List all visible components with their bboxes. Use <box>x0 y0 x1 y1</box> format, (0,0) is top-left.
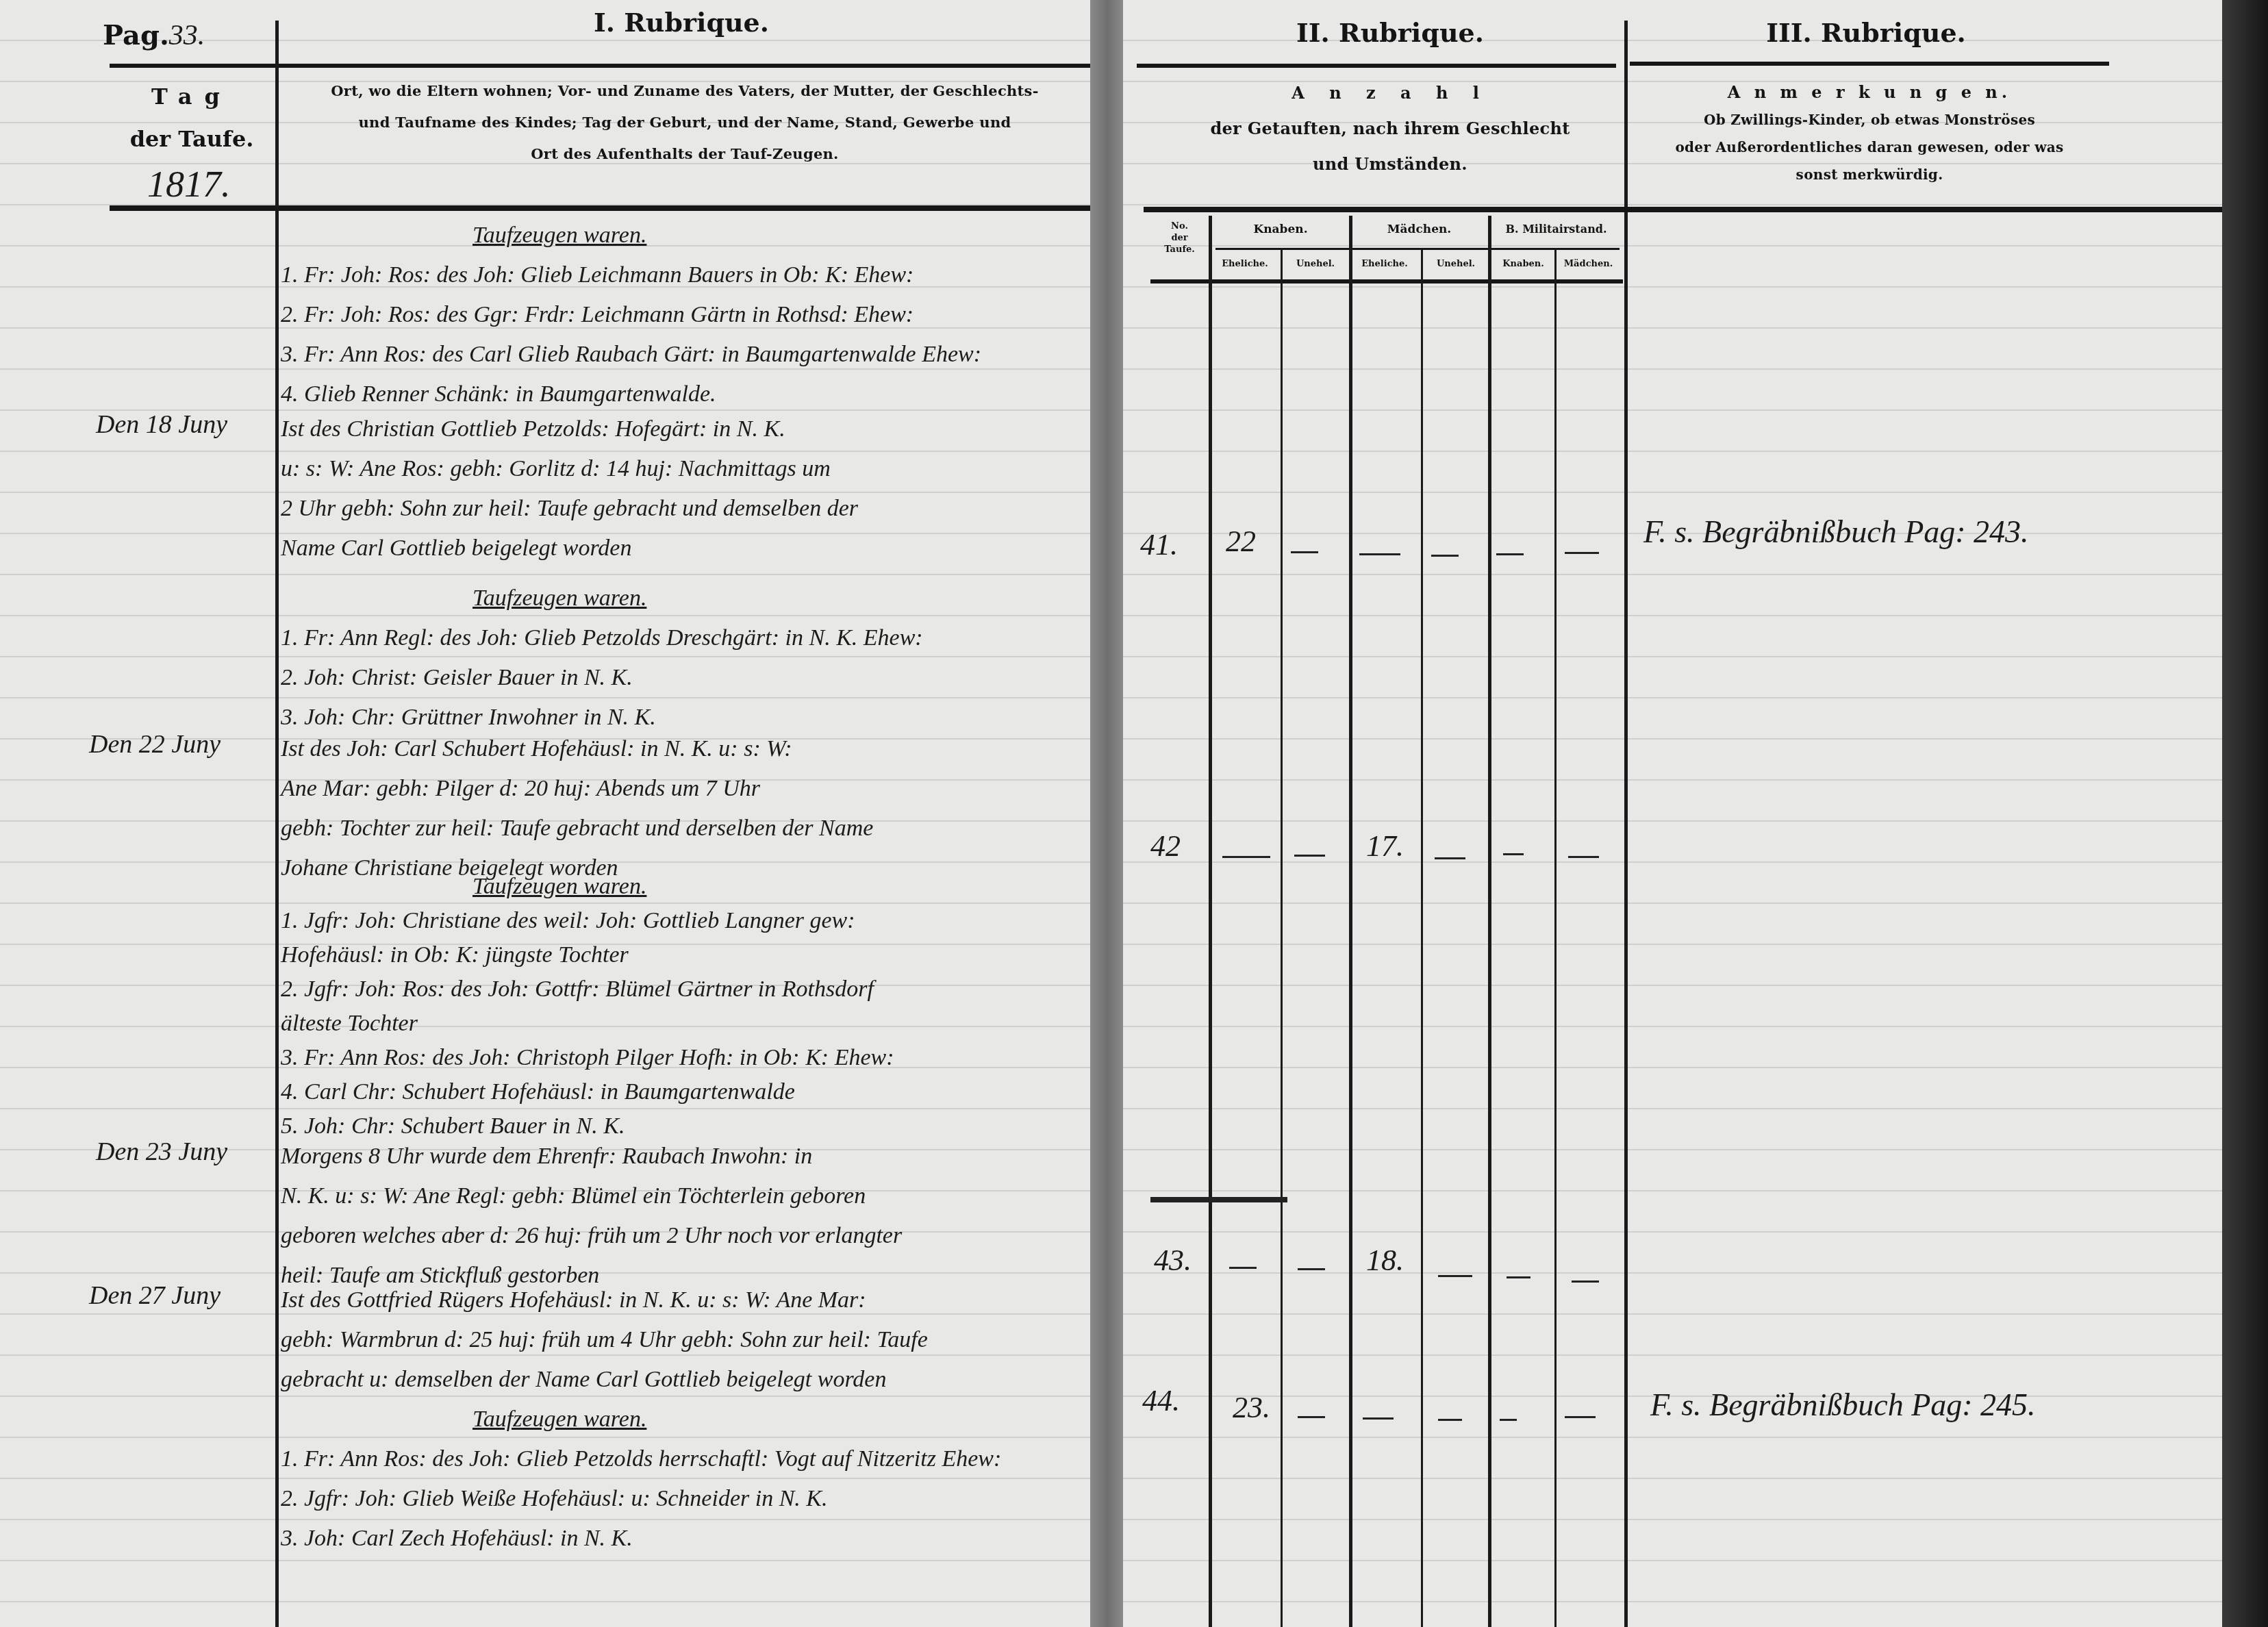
rubrique-1-line3: Ort des Aufenthalts der Tauf-Zeugen. <box>281 138 1089 170</box>
record-line: Ist des Joh: Carl Schubert Hofehäusl: in… <box>281 729 873 769</box>
subheader-bottom-rule <box>1150 279 1623 283</box>
rubrique-1-title: I. Rubrique. <box>277 7 1085 38</box>
knaben-ehel-count: 22 <box>1226 524 1256 559</box>
empty-cell-dash <box>1298 1268 1325 1270</box>
entry-record-44: Ist des Gottfried Rügers Hofehäusl: in N… <box>281 1281 1001 1559</box>
entry-date: Den 22 Juny <box>89 729 220 759</box>
witness-line: 1. Jgfr: Joh: Christiane des weil: Joh: … <box>281 904 894 938</box>
maedchen-ehel-count: 17. <box>1366 829 1404 863</box>
witnesses-heading: Taufzeugen waren. <box>281 216 981 255</box>
witness-line: 2. Jgfr: Joh: Glieb Weiße Hofehäusl: u: … <box>281 1479 1001 1519</box>
record-line: Ist des Gottfried Rügers Hofehäusl: in N… <box>281 1281 1001 1320</box>
knaben-header: Knaben. <box>1212 223 1349 236</box>
witness-line: 2. Fr: Joh: Ros: des Ggr: Frdr: Leichman… <box>281 295 981 335</box>
witness-line: 3. Joh: Carl Zech Hofehäusl: in N. K. <box>281 1519 1001 1559</box>
witnesses-heading: Taufzeugen waren. <box>281 579 923 618</box>
record-line: gebh: Tochter zur heil: Taufe gebracht u… <box>281 809 873 848</box>
no-line2: der <box>1150 232 1209 244</box>
entry-record-43: Morgens 8 Uhr wurde dem Ehrenfr: Raubach… <box>281 1137 902 1296</box>
empty-cell-dash <box>1435 857 1465 859</box>
empty-cell-dash <box>1565 1416 1596 1418</box>
page-number-value: 33. <box>169 20 205 51</box>
empty-cell-dash <box>1294 855 1325 857</box>
record-line: N. K. u: s: W: Ane Regl: gebh: Blümel ei… <box>281 1176 902 1216</box>
militairstand-header: B. Militairstand. <box>1489 223 1623 236</box>
rubrique-2-line3: und Umständen. <box>1157 147 1623 182</box>
record-line: Name Carl Gottlieb beigelegt worden <box>281 529 858 568</box>
empty-cell-dash <box>1291 551 1318 553</box>
entry-record-41: Ist des Christian Gottlieb Petzolds: Hof… <box>281 409 858 568</box>
witness-line: 3. Fr: Ann Ros: des Joh: Christoph Pilge… <box>281 1041 894 1075</box>
left-page: Pag.33. I. Rubrique. Tag der Taufe. 1817… <box>0 0 1094 1627</box>
witnesses-heading: Taufzeugen waren. <box>281 870 894 904</box>
empty-cell-dash <box>1363 1417 1394 1420</box>
empty-cell-dash <box>1503 853 1524 855</box>
register-no: 41. <box>1140 527 1178 562</box>
grid-line <box>1488 216 1491 1627</box>
no-line1: No. <box>1150 220 1209 232</box>
empty-cell-dash <box>1568 856 1599 858</box>
record-line: gebracht u: demselben der Name Carl Gott… <box>281 1360 1001 1400</box>
witness-line: 4. Glieb Renner Schänk: in Baumgartenwal… <box>281 375 981 414</box>
record-line: Ane Mar: gebh: Pilger d: 20 huj: Abends … <box>281 769 873 809</box>
witness-line: 1. Fr: Joh: Ros: des Joh: Glieb Leichman… <box>281 255 981 295</box>
date-column-header: Tag der Taufe. <box>110 75 274 160</box>
witnesses-heading: Taufzeugen waren. <box>281 1400 1001 1439</box>
knaben-ehel-count: 23. <box>1233 1390 1270 1425</box>
empty-cell-dash <box>1229 1267 1257 1269</box>
maedchen-unehel-header: Unehel. <box>1422 259 1489 269</box>
empty-cell-dash <box>1298 1416 1325 1418</box>
witness-line: 3. Fr: Ann Ros: des Carl Glieb Raubach G… <box>281 335 981 375</box>
maedchen-header: Mädchen. <box>1352 223 1486 236</box>
rubrique-3-line3: oder Außerordentliches daran gewesen, od… <box>1630 134 2109 161</box>
empty-cell-dash <box>1565 552 1599 554</box>
rubrique-2-description: A n z a h l der Getauften, nach ihrem Ge… <box>1157 75 1623 182</box>
subheader-mid-rule <box>1215 248 1620 250</box>
witness-line: Hofehäusl: in Ob: K: jüngste Tochter <box>281 938 894 972</box>
rubrique-1-line2: und Taufname des Kindes; Tag der Geburt,… <box>281 107 1089 138</box>
grid-line <box>1281 250 1283 1627</box>
rubrique-3-line1: A n m e r k u n g e n. <box>1630 79 2109 106</box>
maedchen-ehel-count: 18. <box>1366 1243 1404 1278</box>
page-label: Pag. <box>103 19 169 51</box>
record-line: geboren welches aber d: 26 huj: früh um … <box>281 1216 902 1256</box>
maedchen-ehel-header: Eheliche. <box>1350 259 1419 269</box>
page-number: Pag.33. <box>103 19 205 52</box>
record-line: 2 Uhr gebh: Sohn zur heil: Taufe gebrach… <box>281 489 858 529</box>
witness-line: 1. Fr: Ann Ros: des Joh: Glieb Petzolds … <box>281 1439 1001 1479</box>
witness-line: 1. Fr: Ann Regl: des Joh: Glieb Petzolds… <box>281 618 923 658</box>
rubrique-2-title-rule <box>1137 64 1616 68</box>
book-gutter <box>1090 0 1124 1627</box>
mil-maedchen-header: Mädchen. <box>1556 259 1621 269</box>
rubrique-2-line2: der Getauften, nach ihrem Geschlecht <box>1157 111 1623 147</box>
record-line: u: s: W: Ane Ros: gebh: Gorlitz d: 14 hu… <box>281 449 858 489</box>
knaben-ehel-header: Eheliche. <box>1211 259 1279 269</box>
right-page <box>1123 0 2226 1627</box>
remark-burial-ref: F. s. Begräbnißbuch Pag: 245. <box>1650 1387 2036 1423</box>
film-right-edge <box>2222 0 2268 1627</box>
rubrique-2-line1: A n z a h l <box>1157 75 1623 111</box>
empty-cell-dash <box>1500 1419 1517 1421</box>
empty-cell-dash <box>1438 1419 1462 1421</box>
entry-date: Den 23 Juny <box>96 1137 227 1167</box>
mil-knaben-header: Knaben. <box>1491 259 1556 269</box>
rubrique-1-line1: Ort, wo die Eltern wohnen; Vor- und Zuna… <box>281 75 1089 107</box>
right-header-bottom-rule <box>1144 207 2268 212</box>
date-header-line2: der Taufe. <box>110 118 274 160</box>
register-no: 42 <box>1150 829 1181 863</box>
entry-witnesses-41: Taufzeugen waren. 1. Fr: Ann Regl: des J… <box>281 579 923 737</box>
record-line: Morgens 8 Uhr wurde dem Ehrenfr: Raubach… <box>281 1137 902 1176</box>
witness-line: 4. Carl Chr: Schubert Hofehäusl: in Baum… <box>281 1075 894 1109</box>
rubrique-1-description: Ort, wo die Eltern wohnen; Vor- und Zuna… <box>281 75 1089 170</box>
empty-cell-dash <box>1431 555 1459 557</box>
entry-witnesses-42: Taufzeugen waren. 1. Jgfr: Joh: Christia… <box>281 870 894 1144</box>
register-year: 1817. <box>147 163 231 205</box>
witness-line: 2. Joh: Christ: Geisler Bauer in N. K. <box>281 658 923 698</box>
rubrique-3-line2: Ob Zwillings-Kinder, ob etwas Monströses <box>1630 106 2109 134</box>
entry-witnesses-0: Taufzeugen waren. 1. Fr: Joh: Ros: des J… <box>281 216 981 414</box>
rubrique-3-title: III. Rubrique. <box>1626 17 2106 48</box>
entry-date: Den 27 Juny <box>89 1281 220 1311</box>
rubrique-3-description: A n m e r k u n g e n. Ob Zwillings-Kind… <box>1630 79 2109 188</box>
record-line: gebh: Warmbrun d: 25 huj: früh um 4 Uhr … <box>281 1320 1001 1360</box>
rubrique-3-line4: sonst merkwürdig. <box>1630 161 2109 188</box>
date-header-line1: Tag <box>110 75 274 118</box>
knaben-unehel-header: Unehel. <box>1282 259 1349 269</box>
remark-burial-ref: F. s. Begräbnißbuch Pag: 243. <box>1643 514 2029 550</box>
empty-cell-dash <box>1507 1276 1530 1278</box>
entry-date: Den 18 Juny <box>96 409 227 440</box>
empty-cell-dash <box>1496 553 1524 555</box>
register-no: 44. <box>1142 1383 1180 1418</box>
entry-record-42: Ist des Joh: Carl Schubert Hofehäusl: in… <box>281 729 873 888</box>
empty-cell-dash <box>1222 856 1270 858</box>
empty-cell-dash <box>1438 1275 1472 1277</box>
empty-cell-dash <box>1359 553 1400 555</box>
grid-line <box>1554 250 1557 1627</box>
column-divider-date <box>275 21 279 1627</box>
header-top-rule <box>110 64 1096 68</box>
header-bottom-rule <box>110 205 1096 211</box>
witness-line: älteste Tochter <box>281 1007 894 1041</box>
no-der-taufe-header: No. der Taufe. <box>1150 220 1209 255</box>
empty-cell-dash <box>1572 1281 1599 1283</box>
rubrique-2-title: II. Rubrique. <box>1157 17 1623 48</box>
record-line: Ist des Christian Gottlieb Petzolds: Hof… <box>281 409 858 449</box>
grid-line <box>1349 216 1352 1627</box>
grid-line <box>1209 216 1212 1627</box>
register-no: 43. <box>1154 1243 1192 1278</box>
grid-line <box>1421 250 1423 1627</box>
witness-line: 2. Jgfr: Joh: Ros: des Joh: Gottfr: Blüm… <box>281 972 894 1007</box>
rubrique-3-title-rule <box>1630 62 2109 66</box>
strikethrough-mark <box>1150 1197 1287 1202</box>
column-divider-rubrique-3 <box>1624 21 1628 1627</box>
no-line3: Taufe. <box>1150 244 1209 255</box>
